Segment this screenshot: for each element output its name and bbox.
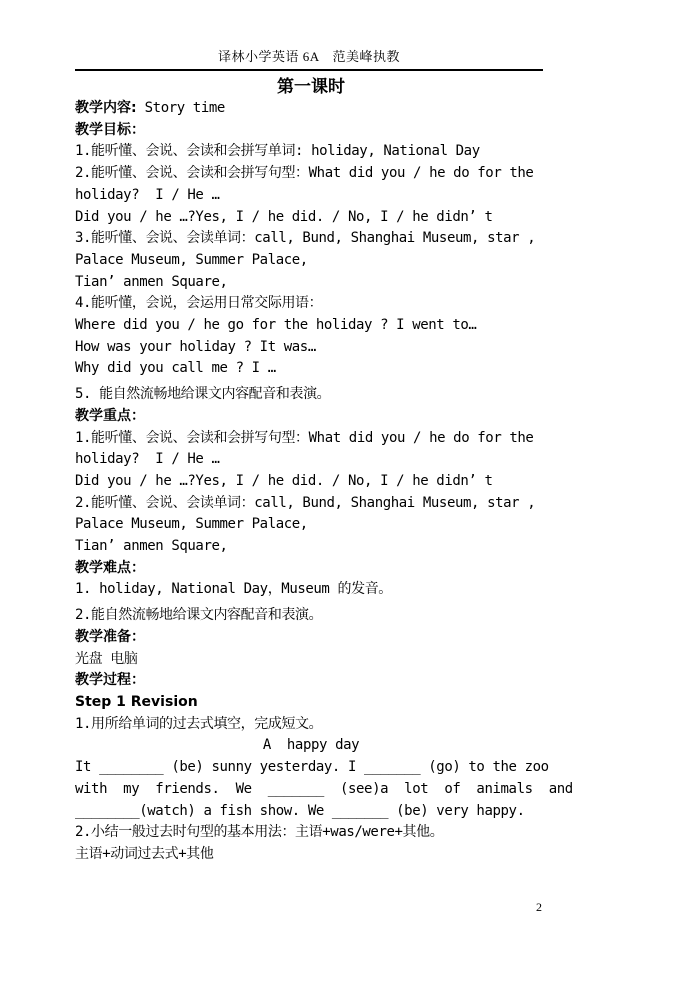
paragraph-line: 教学内容: Story time bbox=[75, 98, 547, 120]
paragraph-line: 1. holiday, National Day，Museum 的发音。 bbox=[75, 579, 547, 601]
paragraph-line: 1.能听懂、会说、会读和会拼写单词: holiday, National Day bbox=[75, 141, 547, 163]
text-run: A happy day bbox=[263, 737, 359, 753]
page-content: 第一课时 教学内容: Story time教学目标：1.能听懂、会说、会读和会拼… bbox=[75, 77, 547, 866]
text-run: 1. holiday, National Day，Museum 的发音。 bbox=[75, 581, 392, 597]
text-run: How was your holiday ? It was… bbox=[75, 339, 316, 355]
text-run: Tian’ anmen Square, bbox=[75, 538, 228, 554]
text-run: Where did you / he go for the holiday ? … bbox=[75, 317, 476, 333]
paragraph-line: with my friends. We _______ (see)a lot o… bbox=[75, 779, 547, 801]
bold-text-run: 教学准备： bbox=[75, 629, 145, 645]
paragraph-line: Did you / he …?Yes, I / he did. / No, I … bbox=[75, 207, 547, 229]
paragraph-line: 教学重点： bbox=[75, 406, 547, 428]
text-run: Did you / he …?Yes, I / he did. / No, I … bbox=[75, 473, 493, 489]
lesson-title: 第一课时 bbox=[75, 77, 547, 98]
paragraph-line: holiday? I / He … bbox=[75, 185, 547, 207]
text-run: Palace Museum, Summer Palace, bbox=[75, 516, 308, 532]
paragraph-line: 2.小结一般过去时句型的基本用法：主语+was/were+其他。 bbox=[75, 822, 547, 844]
text-run: 1.能听懂、会说、会读和会拼写句型：What did you / he do f… bbox=[75, 430, 533, 446]
paragraph-line: 1.用所给单词的过去式填空，完成短文。 bbox=[75, 714, 547, 736]
paragraph-line: 教学难点： bbox=[75, 558, 547, 580]
text-run: 光盘 电脑 bbox=[75, 651, 137, 667]
paragraph-line: Step 1 Revision bbox=[75, 692, 547, 714]
paragraph-line: Why did you call me ? I … bbox=[75, 358, 547, 380]
paragraph-line: 主语+动词过去式+其他 bbox=[75, 844, 547, 866]
text-run: 1.用所给单词的过去式填空，完成短文。 bbox=[75, 716, 322, 732]
paragraph-line: 教学准备： bbox=[75, 627, 547, 649]
text-run: Story time bbox=[137, 100, 225, 116]
paragraph-line: Palace Museum, Summer Palace, bbox=[75, 514, 547, 536]
text-run: 5. 能自然流畅地给课文内容配音和表演。 bbox=[75, 386, 330, 402]
bold-text-run: 教学内容: bbox=[75, 100, 137, 116]
text-run: 2.能听懂、会说、会读和会拼写句型：What did you / he do f… bbox=[75, 165, 533, 181]
text-run: 4.能听懂，会说，会运用日常交际用语： bbox=[75, 295, 322, 311]
text-run: 2.能自然流畅地给课文内容配音和表演。 bbox=[75, 607, 322, 623]
text-run: ________(watch) a fish show. We _______ … bbox=[75, 803, 525, 819]
paragraph-line: Tian’ anmen Square, bbox=[75, 272, 547, 294]
paragraph-line: holiday? I / He … bbox=[75, 449, 547, 471]
bold-text-run: 教学过程： bbox=[75, 672, 145, 688]
text-run: holiday? I / He … bbox=[75, 451, 220, 467]
paragraph-line: 4.能听懂，会说，会运用日常交际用语： bbox=[75, 293, 547, 315]
paragraph-line: 2.能听懂、会说、会读单词：call, Bund, Shanghai Museu… bbox=[75, 493, 547, 515]
paragraph-line: Palace Museum, Summer Palace, bbox=[75, 250, 547, 272]
text-run: with my friends. We _______ (see)a lot o… bbox=[75, 781, 573, 797]
paragraph-line: A happy day bbox=[75, 735, 547, 757]
paragraph-line: 3.能听懂、会说、会读单词：call, Bund, Shanghai Museu… bbox=[75, 228, 547, 250]
paragraph-line: 5. 能自然流畅地给课文内容配音和表演。 bbox=[75, 384, 547, 406]
paragraph-line: 光盘 电脑 bbox=[75, 649, 547, 671]
text-run: Did you / he …?Yes, I / he did. / No, I … bbox=[75, 209, 493, 225]
text-run: 2.能听懂、会说、会读单词：call, Bund, Shanghai Museu… bbox=[75, 495, 535, 511]
page-number: 2 bbox=[536, 900, 542, 914]
text-run: Palace Museum, Summer Palace, bbox=[75, 252, 308, 268]
bold-text-run: 教学目标： bbox=[75, 122, 145, 138]
paragraph-line: How was your holiday ? It was… bbox=[75, 337, 547, 359]
paragraph-line: 教学目标： bbox=[75, 120, 547, 142]
text-run: holiday? I / He … bbox=[75, 187, 220, 203]
paragraph-line: 2.能听懂、会说、会读和会拼写句型：What did you / he do f… bbox=[75, 163, 547, 185]
paragraph-line: 2.能自然流畅地给课文内容配音和表演。 bbox=[75, 605, 547, 627]
text-run: Tian’ anmen Square, bbox=[75, 274, 228, 290]
bold-text-run: 教学重点： bbox=[75, 408, 145, 424]
text-run: Why did you call me ? I … bbox=[75, 360, 276, 376]
text-run: 3.能听懂、会说、会读单词：call, Bund, Shanghai Museu… bbox=[75, 230, 535, 246]
header-title: 译林小学英语 6A 范美峰执教 bbox=[75, 49, 543, 64]
paragraph-line: Where did you / he go for the holiday ? … bbox=[75, 315, 547, 337]
text-run: It ________ (be) sunny yesterday. I ____… bbox=[75, 759, 549, 775]
document-body: 教学内容: Story time教学目标：1.能听懂、会说、会读和会拼写单词: … bbox=[75, 98, 547, 866]
paragraph-line: 1.能听懂、会说、会读和会拼写句型：What did you / he do f… bbox=[75, 428, 547, 450]
paragraph-line: 教学过程： bbox=[75, 670, 547, 692]
text-run: 2.小结一般过去时句型的基本用法：主语+was/were+其他。 bbox=[75, 824, 443, 840]
document-page: 译林小学英语 6A 范美峰执教 第一课时 教学内容: Story time教学目… bbox=[0, 0, 695, 982]
bold-text-run: Step 1 Revision bbox=[75, 694, 198, 710]
paragraph-line: ________(watch) a fish show. We _______ … bbox=[75, 801, 547, 823]
text-run: 主语+动词过去式+其他 bbox=[75, 846, 213, 862]
paragraph-line: Tian’ anmen Square, bbox=[75, 536, 547, 558]
bold-text-run: 教学难点： bbox=[75, 560, 145, 576]
text-run: 1.能听懂、会说、会读和会拼写单词: holiday, National Day bbox=[75, 143, 480, 159]
paragraph-line: Did you / he …?Yes, I / he did. / No, I … bbox=[75, 471, 547, 493]
paragraph-line: It ________ (be) sunny yesterday. I ____… bbox=[75, 757, 547, 779]
page-header: 译林小学英语 6A 范美峰执教 bbox=[75, 0, 543, 71]
